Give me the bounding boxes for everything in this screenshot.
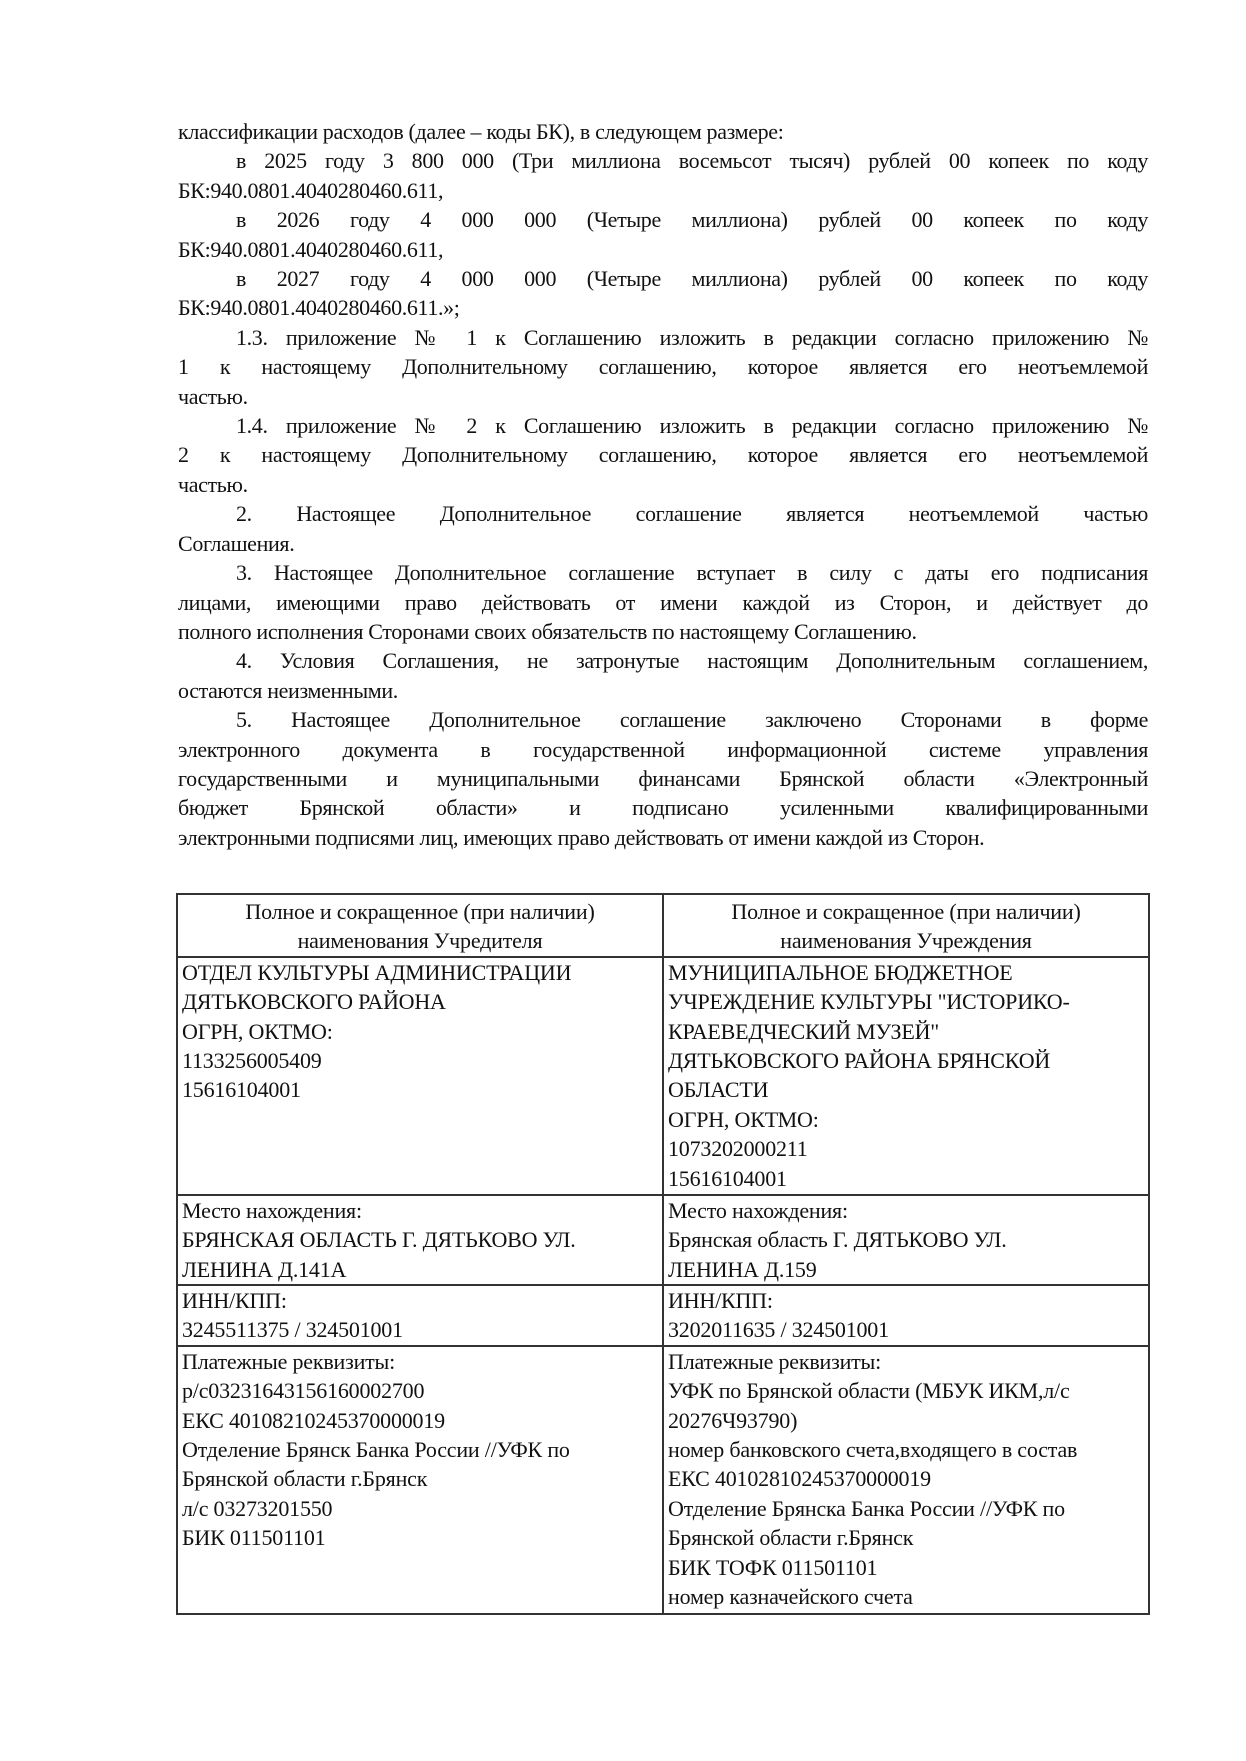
header-line: Полное и сокращенное (при наличии) xyxy=(664,897,1148,926)
paragraph-line: остаются неизменными. xyxy=(178,676,1148,705)
paragraph: 2. Настоящее Дополнительное соглашение я… xyxy=(178,499,1148,558)
paragraph-line: государственными и муниципальными финанс… xyxy=(178,764,1148,793)
cell-line: Брянской области г.Брянск xyxy=(668,1523,1148,1552)
cell-line: МУНИЦИПАЛЬНОЕ БЮДЖЕТНОЕ xyxy=(668,958,1148,987)
cell-line: ЕКС 40108210245370000019 xyxy=(182,1406,662,1435)
cell-founder-address: Место нахождения:БРЯНСКАЯ ОБЛАСТЬ Г. ДЯТ… xyxy=(177,1195,663,1285)
cell-line: ДЯТЬКОВСКОГО РАЙОНА xyxy=(182,987,662,1016)
cell-line: 15616104001 xyxy=(182,1075,662,1104)
paragraph-line: 1 к настоящему Дополнительному соглашени… xyxy=(178,352,1148,381)
cell-line: Платежные реквизиты: xyxy=(182,1347,662,1376)
cell-line: Брянской области г.Брянск xyxy=(182,1464,662,1493)
cell-line: ИНН/КПП: xyxy=(182,1286,662,1315)
cell-line: ЛЕНИНА Д.159 xyxy=(668,1255,1148,1284)
cell-line: УФК по Брянской области (МБУК ИКМ,л/с xyxy=(668,1376,1148,1405)
cell-line: БИК 011501101 xyxy=(182,1523,662,1552)
paragraph-line: 1.3. приложение № 1 к Соглашению изложит… xyxy=(178,323,1148,352)
requisites-table: Полное и сокращенное (при наличии) наиме… xyxy=(176,893,1150,1615)
cell-founder-name: ОТДЕЛ КУЛЬТУРЫ АДМИНИСТРАЦИИДЯТЬКОВСКОГО… xyxy=(177,957,663,1195)
document-body: классификации расходов (далее – коды БК)… xyxy=(178,117,1148,852)
paragraph-line: 5. Настоящее Дополнительное соглашение з… xyxy=(178,705,1148,734)
paragraph-line: электронными подписями лиц, имеющих прав… xyxy=(178,823,1148,852)
cell-line: ЕКС 40102810245370000019 xyxy=(668,1464,1148,1493)
paragraph: 4. Условия Соглашения, не затронутые нас… xyxy=(178,646,1148,705)
cell-institution-inn: ИНН/КПП:3202011635 / 324501001 xyxy=(663,1285,1149,1346)
cell-line: Место нахождения: xyxy=(182,1196,662,1225)
cell-institution-payment: Платежные реквизиты:УФК по Брянской обла… xyxy=(663,1346,1149,1614)
cell-line: номер банковского счета,входящего в сост… xyxy=(668,1435,1148,1464)
cell-line: БИК ТОФК 011501101 xyxy=(668,1553,1148,1582)
header-institution: Полное и сокращенное (при наличии) наиме… xyxy=(663,894,1149,957)
table-row-inn-kpp: ИНН/КПП:3245511375 / 324501001 ИНН/КПП:3… xyxy=(177,1285,1149,1346)
paragraph-line: БК:940.0801.4040280460.611.»; xyxy=(178,293,1148,322)
header-line: наименования Учредителя xyxy=(178,926,662,955)
paragraph: 1.4. приложение № 2 к Соглашению изложит… xyxy=(178,411,1148,499)
cell-line: БРЯНСКАЯ ОБЛАСТЬ Г. ДЯТЬКОВО УЛ. xyxy=(182,1225,662,1254)
paragraph-line: в 2025 году 3 800 000 (Три миллиона восе… xyxy=(178,146,1148,175)
paragraph-line: полного исполнения Сторонами своих обяза… xyxy=(178,617,1148,646)
paragraph-line: в 2027 году 4 000 000 (Четыре миллиона) … xyxy=(178,264,1148,293)
paragraph-line: 2. Настоящее Дополнительное соглашение я… xyxy=(178,499,1148,528)
cell-line: Место нахождения: xyxy=(668,1196,1148,1225)
cell-line: Отделение Брянска Банка России //УФК по xyxy=(668,1494,1148,1523)
paragraph: в 2025 году 3 800 000 (Три миллиона восе… xyxy=(178,146,1148,205)
cell-line: КРАЕВЕДЧЕСКИЙ МУЗЕЙ" xyxy=(668,1017,1148,1046)
paragraph-line: частью. xyxy=(178,382,1148,411)
cell-line: ЛЕНИНА Д.141А xyxy=(182,1255,662,1284)
cell-founder-payment: Платежные реквизиты:р/с03231643156160002… xyxy=(177,1346,663,1614)
paragraph-line: частью. xyxy=(178,470,1148,499)
paragraph-line: БК:940.0801.4040280460.611, xyxy=(178,176,1148,205)
paragraph-line: бюджет Брянской области» и подписано уси… xyxy=(178,793,1148,822)
paragraph-line: БК:940.0801.4040280460.611, xyxy=(178,235,1148,264)
cell-line: ОБЛАСТИ xyxy=(668,1075,1148,1104)
paragraph: в 2026 году 4 000 000 (Четыре миллиона) … xyxy=(178,205,1148,264)
paragraph-line: лицами, имеющими право действовать от им… xyxy=(178,588,1148,617)
cell-line: ДЯТЬКОВСКОГО РАЙОНА БРЯНСКОЙ xyxy=(668,1046,1148,1075)
paragraph-line: электронного документа в государственной… xyxy=(178,735,1148,764)
cell-founder-inn: ИНН/КПП:3245511375 / 324501001 xyxy=(177,1285,663,1346)
paragraph-line: 2 к настоящему Дополнительному соглашени… xyxy=(178,440,1148,469)
cell-line: Платежные реквизиты: xyxy=(668,1347,1148,1376)
table-row-payment: Платежные реквизиты:р/с03231643156160002… xyxy=(177,1346,1149,1614)
paragraph: 3. Настоящее Дополнительное соглашение в… xyxy=(178,558,1148,646)
paragraph-line: 1.4. приложение № 2 к Соглашению изложит… xyxy=(178,411,1148,440)
cell-line: 3245511375 / 324501001 xyxy=(182,1315,662,1344)
cell-line: 1073202000211 xyxy=(668,1134,1148,1163)
cell-line: Отделение Брянск Банка России //УФК по xyxy=(182,1435,662,1464)
cell-line: р/с03231643156160002700 xyxy=(182,1376,662,1405)
paragraph-line: Соглашения. xyxy=(178,529,1148,558)
cell-line: номер казначейского счета xyxy=(668,1582,1148,1611)
header-line: наименования Учреждения xyxy=(664,926,1148,955)
table-header-row: Полное и сокращенное (при наличии) наиме… xyxy=(177,894,1149,957)
paragraph-line: 4. Условия Соглашения, не затронутые нас… xyxy=(178,646,1148,675)
cell-line: ОГРН, ОКТМО: xyxy=(182,1017,662,1046)
cell-line: Брянская область Г. ДЯТЬКОВО УЛ. xyxy=(668,1225,1148,1254)
paragraph-line: классификации расходов (далее – коды БК)… xyxy=(178,117,1148,146)
cell-line: ИНН/КПП: xyxy=(668,1286,1148,1315)
header-founder: Полное и сокращенное (при наличии) наиме… xyxy=(177,894,663,957)
paragraph: 1.3. приложение № 1 к Соглашению изложит… xyxy=(178,323,1148,411)
cell-line: 20276Ч93790) xyxy=(668,1406,1148,1435)
cell-line: ОТДЕЛ КУЛЬТУРЫ АДМИНИСТРАЦИИ xyxy=(182,958,662,987)
paragraph-line: 3. Настоящее Дополнительное соглашение в… xyxy=(178,558,1148,587)
header-line: Полное и сокращенное (при наличии) xyxy=(178,897,662,926)
table-row-address: Место нахождения:БРЯНСКАЯ ОБЛАСТЬ Г. ДЯТ… xyxy=(177,1195,1149,1285)
paragraph: классификации расходов (далее – коды БК)… xyxy=(178,117,1148,146)
cell-line: 1133256005409 xyxy=(182,1046,662,1075)
cell-line: ОГРН, ОКТМО: xyxy=(668,1105,1148,1134)
cell-line: л/с 03273201550 xyxy=(182,1494,662,1523)
cell-institution-address: Место нахождения:Брянская область Г. ДЯТ… xyxy=(663,1195,1149,1285)
cell-institution-name: МУНИЦИПАЛЬНОЕ БЮДЖЕТНОЕУЧРЕЖДЕНИЕ КУЛЬТУ… xyxy=(663,957,1149,1195)
paragraph-line: в 2026 году 4 000 000 (Четыре миллиона) … xyxy=(178,205,1148,234)
table-row-name: ОТДЕЛ КУЛЬТУРЫ АДМИНИСТРАЦИИДЯТЬКОВСКОГО… xyxy=(177,957,1149,1195)
paragraph: 5. Настоящее Дополнительное соглашение з… xyxy=(178,705,1148,852)
cell-line: УЧРЕЖДЕНИЕ КУЛЬТУРЫ "ИСТОРИКО- xyxy=(668,987,1148,1016)
paragraph: в 2027 году 4 000 000 (Четыре миллиона) … xyxy=(178,264,1148,323)
cell-line: 15616104001 xyxy=(668,1164,1148,1193)
cell-line: 3202011635 / 324501001 xyxy=(668,1315,1148,1344)
